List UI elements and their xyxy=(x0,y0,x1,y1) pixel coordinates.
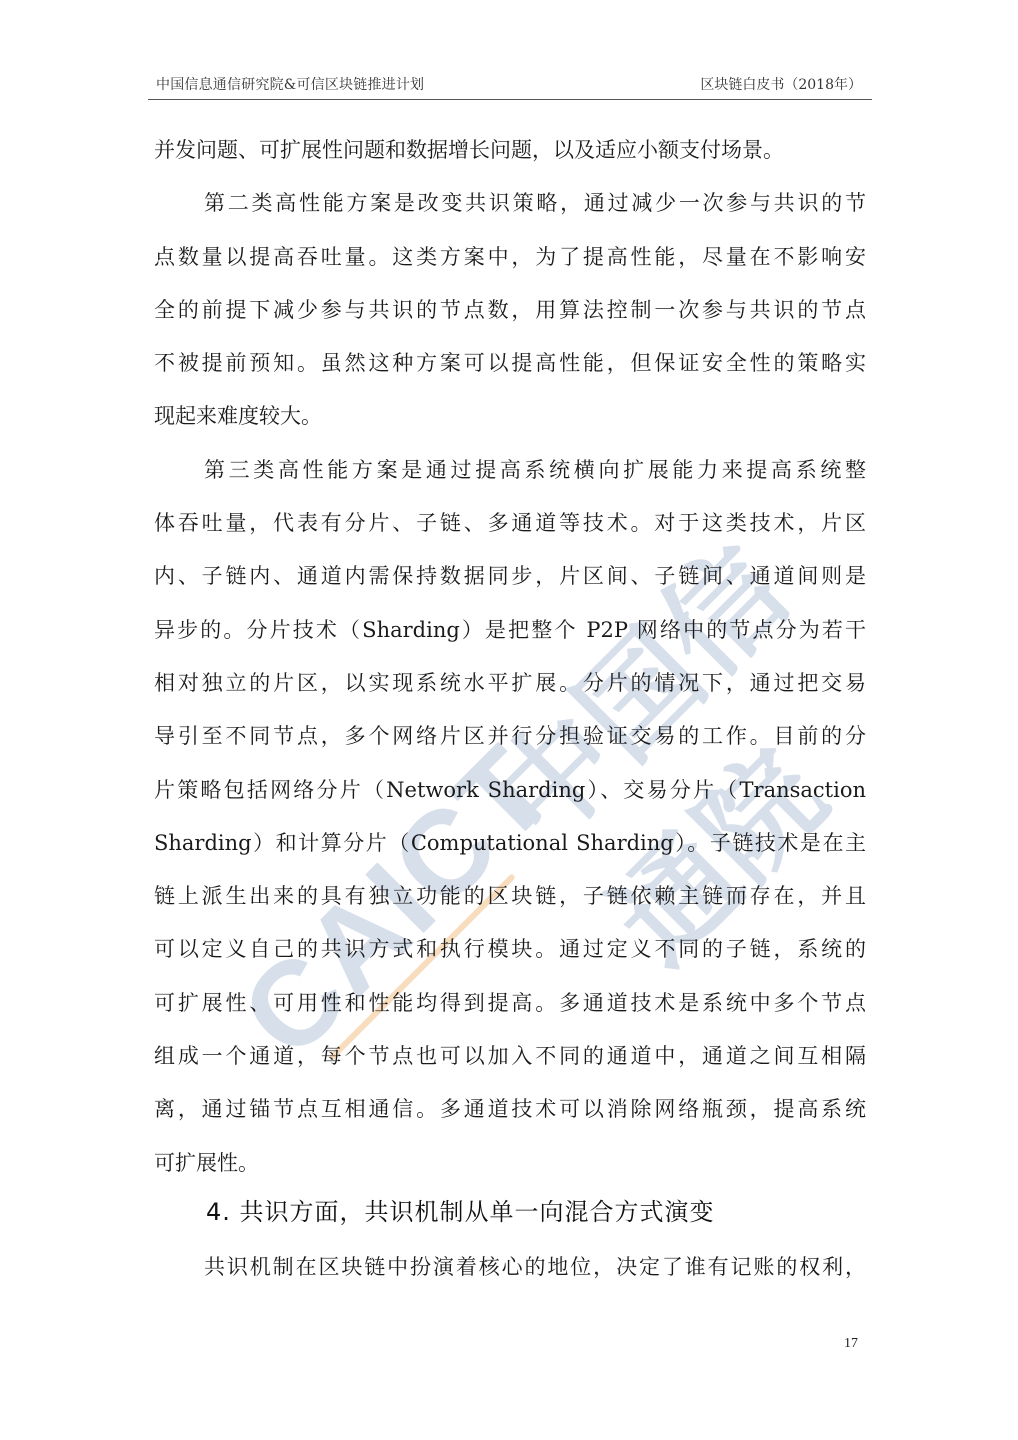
text-line: 可以定义自己的共识方式和执行模块。通过定义不同的子链，系统的 xyxy=(154,923,866,976)
header-organization: 中国信息通信研究院&可信区块链推进计划 xyxy=(156,74,424,94)
text-line: 相对独立的片区，以实现系统水平扩展。分片的情况下，通过把交易 xyxy=(154,657,866,710)
text-line: 内、子链内、通道内需保持数据同步，片区间、子链间、通道间则是 xyxy=(154,550,866,603)
text-line: 全的前提下减少参与共识的节点数，用算法控制一次参与共识的节点 xyxy=(154,284,866,337)
page-number: 17 xyxy=(844,1336,858,1352)
text-line: 不被提前预知。虽然这种方案可以提高性能，但保证安全性的策略实 xyxy=(154,337,866,390)
text-line: 离，通过锚节点互相通信。多通道技术可以消除网络瓶颈，提高系统 xyxy=(154,1083,866,1136)
text-line: 可扩展性。 xyxy=(154,1137,866,1190)
text-line: 异步的。分片技术（Sharding）是把整个 P2P 网络中的节点分为若干 xyxy=(154,604,866,657)
document-page: CAICT 中国信通院 中国信息通信研究院&可信区块链推进计划 区块链白皮书（2… xyxy=(0,0,1018,1440)
header-document-title: 区块链白皮书（2018年） xyxy=(700,74,862,94)
text-line: 现起来难度较大。 xyxy=(154,390,866,443)
text-line: 并发问题、可扩展性问题和数据增长问题，以及适应小额支付场景。 xyxy=(154,124,866,177)
running-header: 中国信息通信研究院&可信区块链推进计划 区块链白皮书（2018年） xyxy=(148,70,872,100)
text-line: 片策略包括网络分片（Network Sharding）、交易分片（Transac… xyxy=(154,764,866,817)
section-heading: 4. 共识方面，共识机制从单一向混合方式演变 xyxy=(206,1192,715,1227)
text-line: 共识机制在区块链中扮演着核心的地位，决定了谁有记账的权利， xyxy=(154,1241,866,1294)
text-line: 点数量以提高吞吐量。这类方案中，为了提高性能，尽量在不影响安 xyxy=(154,231,866,284)
paragraph-after-heading: 共识机制在区块链中扮演着核心的地位，决定了谁有记账的权利， xyxy=(154,1241,866,1294)
text-line: 第二类高性能方案是改变共识策略，通过减少一次参与共识的节 xyxy=(154,177,866,230)
text-line: 第三类高性能方案是通过提高系统横向扩展能力来提高系统整 xyxy=(154,444,866,497)
text-line: 组成一个通道，每个节点也可以加入不同的通道中，通道之间互相隔 xyxy=(154,1030,866,1083)
body-paragraphs: 并发问题、可扩展性问题和数据增长问题，以及适应小额支付场景。第二类高性能方案是改… xyxy=(154,124,866,1190)
text-line: 链上派生出来的具有独立功能的区块链，子链依赖主链而存在，并且 xyxy=(154,870,866,923)
header-divider xyxy=(148,99,872,100)
text-line: 体吞吐量，代表有分片、子链、多通道等技术。对于这类技术，片区 xyxy=(154,497,866,550)
text-line: 可扩展性、可用性和性能均得到提高。多通道技术是系统中多个节点 xyxy=(154,977,866,1030)
text-line: Sharding）和计算分片（Computational Sharding）。子… xyxy=(154,817,866,870)
text-line: 导引至不同节点，多个网络片区并行分担验证交易的工作。目前的分 xyxy=(154,710,866,763)
